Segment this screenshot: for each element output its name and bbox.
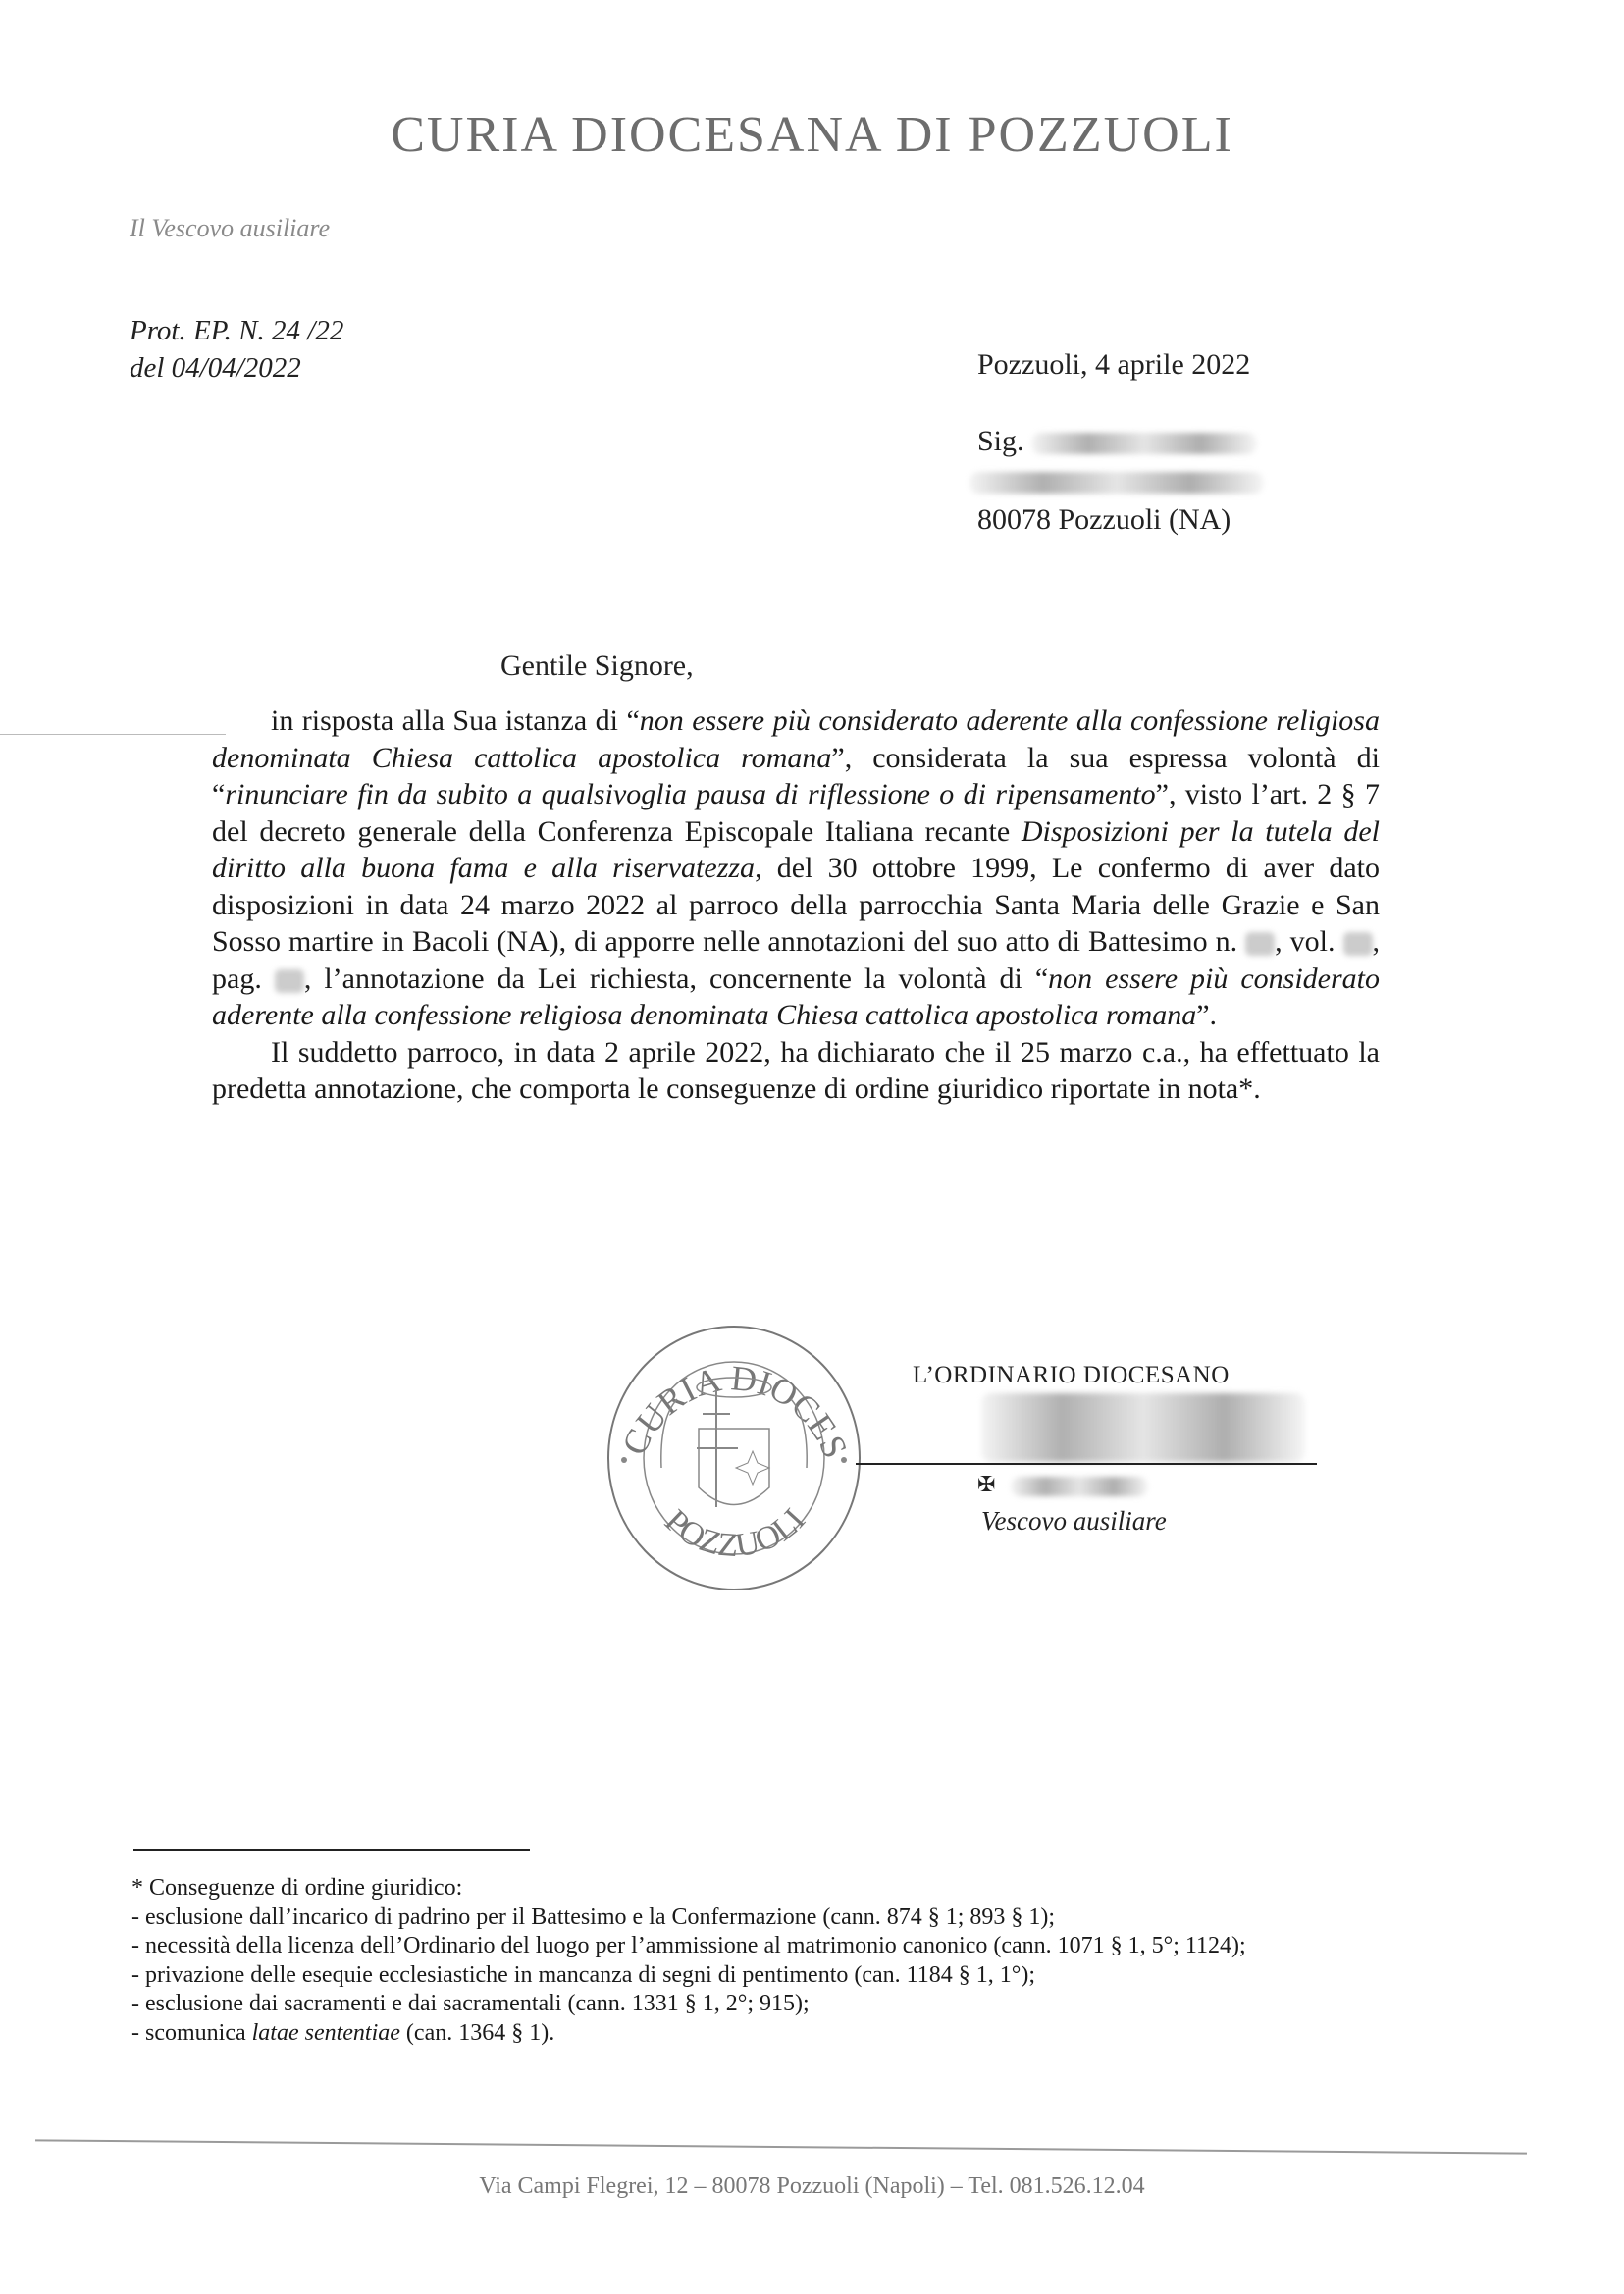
footnote-heading: * Conseguenze di ordine giuridico: [131,1874,1246,1903]
recipient-street-redacted [969,472,1264,494]
footer-divider [35,2139,1527,2154]
svg-text:CURIA DIOCESANA: CURIA DIOCESANA [601,1321,856,1464]
signature-line [856,1463,1317,1465]
recipient-prefix: Sig. [977,425,1024,457]
letter-body: in risposta alla Sua istanza di “non ess… [212,703,1380,1108]
footnotes: * Conseguenze di ordine giuridico: - esc… [131,1874,1246,2048]
recipient-block: Sig. 80078 Pozzuoli (NA) [977,422,1264,540]
body-paragraph-2: Il suddetto parroco, in data 2 aprile 20… [212,1034,1380,1108]
protocol-number: Prot. EP. N. 24 /22 [130,312,343,349]
baptism-number-redacted [1245,932,1275,956]
signature-redacted [981,1393,1305,1462]
protocol-block: Prot. EP. N. 24 /22 del 04/04/2022 [130,312,343,387]
footnote-item: - privazione delle esequie ecclesiastich… [131,1961,1246,1991]
volume-redacted [1343,932,1373,956]
footnote-item: - esclusione dai sacramenti e dai sacram… [131,1990,1246,2019]
footnote-item: - esclusione dall’incarico di padrino pe… [131,1903,1246,1933]
footer-address: Via Campi Flegrei, 12 – 80078 Pozzuoli (… [0,2173,1624,2200]
recipient-city: 80078 Pozzuoli (NA) [977,500,1264,540]
signatory-role: Vescovo ausiliare [981,1506,1167,1537]
letterhead-title: CURIA DIOCESANA DI POZZUOLI [0,106,1624,164]
salutation: Gentile Signore, [500,650,694,683]
bishop-name-redacted [1011,1477,1148,1496]
letterhead-subtitle: Il Vescovo ausiliare [130,214,330,243]
footnote-item: - scomunica latae sententiae (can. 1364 … [131,2019,1246,2049]
episcopal-cross-icon: ✠ [977,1472,995,1497]
protocol-date: del 04/04/2022 [130,349,343,387]
recipient-name-redacted [1031,433,1257,454]
body-paragraph-1: in risposta alla Sua istanza di “non ess… [212,703,1380,1034]
page-redacted [275,969,304,993]
footnote-separator [133,1849,530,1851]
footnote-item: - necessità della licenza dell’Ordinario… [131,1932,1246,1961]
signatory-title: L’ORDINARIO DIOCESANO [913,1362,1230,1389]
scan-artifact [0,734,226,735]
svg-text:POZZUOLI: POZZUOLI [657,1502,812,1564]
place-date: Pozzuoli, 4 aprile 2022 [977,348,1250,382]
diocesan-seal: CURIA DIOCESANA POZZUOLI [601,1321,865,1595]
